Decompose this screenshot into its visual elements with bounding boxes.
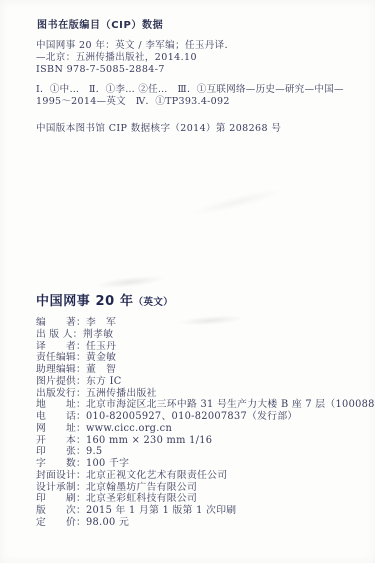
- credit-label: 编 著：: [36, 317, 86, 329]
- cip-classification-block: Ⅰ．①中… Ⅱ．①李… ②任… Ⅲ．①互联网络—历史—研究—中国— 1995～2…: [36, 84, 366, 107]
- credit-value: 010-82005927、010-82007837（发行部）: [86, 411, 298, 422]
- credit-row-translator: 译 者：任玉丹: [36, 341, 366, 353]
- scan-smudge: [190, 185, 285, 220]
- credit-value: 北京市海淀区北三环中路 31 号生产力大楼 B 座 7 层（100088）: [86, 399, 375, 410]
- credit-row-address: 地 址：北京市海淀区北三环中路 31 号生产力大楼 B 座 7 层（100088…: [36, 399, 366, 411]
- publication-credits-list: 编 著：李 军 出 版 人：荆孝敏 译 者：任玉丹 责任编辑：黄金敏 助理编辑：…: [36, 317, 366, 529]
- credit-row-printed-sheets: 印 张：9.5: [36, 446, 366, 458]
- credit-value: 北京正视文化艺术有限责任公司: [86, 470, 227, 481]
- credit-row-editor: 编 著：李 军: [36, 317, 366, 329]
- credit-label: 定 价：: [36, 517, 86, 529]
- credit-row-cover-design: 封面设计：北京正视文化艺术有限责任公司: [36, 470, 366, 482]
- credit-value: 100 千字: [86, 458, 129, 469]
- credit-label: 图片提供：: [36, 376, 86, 388]
- credit-value: www.cicc.org.cn: [86, 423, 172, 434]
- credit-label: 印 张：: [36, 446, 86, 458]
- credit-value: 荆孝敏: [83, 329, 113, 340]
- cip-bibliographic-block: 中国网事 20 年：英文 / 李军编；任玉丹译． —北京：五洲传播出版社，201…: [36, 40, 234, 76]
- credit-label: 设计承制：: [36, 482, 86, 494]
- scan-smudge: [95, 273, 166, 290]
- credit-row-website: 网 址：www.cicc.org.cn: [36, 423, 366, 435]
- credit-value: 2015 年 1 月第 1 版第 1 次印刷: [86, 505, 236, 516]
- credit-row-edition: 版 次：2015 年 1 月第 1 版第 1 次印刷: [36, 505, 366, 517]
- credit-row-responsible-editor: 责任编辑：黄金敏: [36, 352, 366, 364]
- copyright-page: 图书在版编目（CIP）数据 中国网事 20 年：英文 / 李军编；任玉丹译． —…: [0, 0, 375, 563]
- credit-value: 98.00 元: [86, 517, 129, 528]
- credit-value: 李 军: [86, 317, 116, 328]
- credit-label: 地 址：: [36, 399, 86, 411]
- credit-value: 北京圣彩虹科技有限公司: [86, 493, 197, 504]
- cip-bib-line: 中国网事 20 年：英文 / 李军编；任玉丹译．: [36, 40, 234, 52]
- credit-label: 译 者：: [36, 341, 86, 353]
- credit-value: 任玉丹: [86, 341, 116, 352]
- book-title-language-suffix: （英文）: [134, 297, 174, 308]
- credit-label: 印 刷：: [36, 493, 86, 505]
- credit-label: 版 次：: [36, 505, 86, 517]
- book-title-main: 中国网事 20 年: [36, 294, 134, 309]
- credit-row-publisher-person: 出 版 人：荆孝敏: [36, 329, 366, 341]
- credit-label: 封面设计：: [36, 470, 86, 482]
- book-title: 中国网事 20 年（英文）: [36, 290, 173, 309]
- credit-label: 电 话：: [36, 411, 86, 423]
- credit-row-design-production: 设计承制：北京翰墨坊广告有限公司: [36, 482, 366, 494]
- credit-value: 董 智: [86, 364, 116, 375]
- credit-row-telephone: 电 话：010-82005927、010-82007837（发行部）: [36, 411, 366, 423]
- credit-value: 9.5: [86, 446, 102, 457]
- cip-bib-line: —北京：五洲传播出版社，2014.10: [36, 52, 234, 64]
- credit-label: 助理编辑：: [36, 364, 86, 376]
- credit-row-publishing-house: 出版发行：五洲传播出版社: [36, 388, 366, 400]
- credit-label: 责任编辑：: [36, 352, 86, 364]
- credit-value: 160 mm × 230 mm 1/16: [86, 435, 212, 446]
- credit-row-format: 开 本：160 mm × 230 mm 1/16: [36, 435, 366, 447]
- credit-value: 五洲传播出版社: [86, 388, 157, 399]
- credit-value: 东方 IC: [86, 376, 122, 387]
- credit-row-word-count: 字 数：100 千字: [36, 458, 366, 470]
- credit-row-price: 定 价：98.00 元: [36, 517, 366, 529]
- credit-row-photo-provider: 图片提供：东方 IC: [36, 376, 366, 388]
- credit-label: 开 本：: [36, 435, 86, 447]
- credit-label: 网 址：: [36, 423, 86, 435]
- credit-label: 出 版 人：: [36, 329, 83, 341]
- credit-label: 字 数：: [36, 458, 86, 470]
- credit-label: 出版发行：: [36, 388, 86, 400]
- credit-row-assistant-editor: 助理编辑：董 智: [36, 364, 366, 376]
- cip-data-header: 图书在版编目（CIP）数据: [37, 16, 163, 31]
- cip-class-line: 1995～2014—英文 Ⅳ．①TP393.4-092: [36, 96, 366, 108]
- credit-value: 北京翰墨坊广告有限公司: [86, 482, 197, 493]
- cip-record-number: 中国版本图书馆 CIP 数据核字（2014）第 208268 号: [36, 120, 281, 134]
- credit-value: 黄金敏: [86, 352, 116, 363]
- cip-class-line: Ⅰ．①中… Ⅱ．①李… ②任… Ⅲ．①互联网络—历史—研究—中国—: [36, 84, 366, 96]
- cip-isbn-line: ISBN 978-7-5085-2884-7: [36, 64, 234, 76]
- credit-row-printer: 印 刷：北京圣彩虹科技有限公司: [36, 493, 366, 505]
